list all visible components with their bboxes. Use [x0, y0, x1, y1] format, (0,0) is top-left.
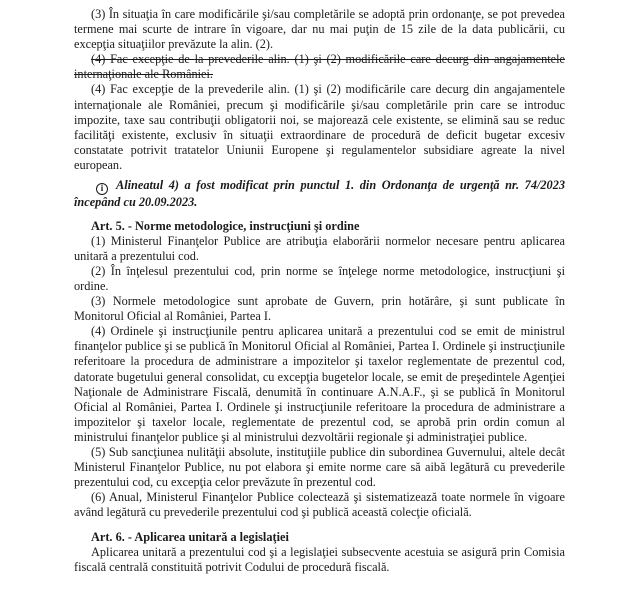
article-5-alin-2: (2) În înţelesul prezentului cod, prin n…: [74, 264, 565, 294]
amendment-note: iAlineatul 4) a fost modificat prin punc…: [74, 178, 565, 210]
article-5-alin-3: (3) Normele metodologice sunt aprobate d…: [74, 294, 565, 324]
amendment-note-text: Alineatul 4) a fost modificat prin punct…: [74, 178, 565, 209]
article-5-alin-6: (6) Anual, Ministerul Finanţelor Publice…: [74, 490, 565, 520]
article-5-alin-1: (1) Ministerul Finanţelor Publice are at…: [74, 234, 565, 264]
document-page: (3) În situaţia în care modificările şi/…: [0, 0, 637, 600]
paragraph-alin-3: (3) În situaţia în care modificările şi/…: [74, 7, 565, 52]
article-5-heading: Art. 5. - Norme metodologice, instrucţiu…: [74, 219, 565, 234]
paragraph-alin-4-abrogat: (4) Fac excepţie de la prevederile alin.…: [74, 52, 565, 82]
article-5-alin-4: (4) Ordinele şi instrucţiunile pentru ap…: [74, 324, 565, 445]
paragraph-alin-4: (4) Fac excepţie de la prevederile alin.…: [74, 82, 565, 173]
article-5-alin-5: (5) Sub sancţiunea nulităţii absolute, i…: [74, 445, 565, 490]
info-icon: i: [96, 183, 108, 195]
article-6-heading: Art. 6. - Aplicarea unitară a legislaţie…: [74, 530, 565, 545]
article-6-body: Aplicarea unitară a prezentului cod şi a…: [74, 545, 565, 575]
